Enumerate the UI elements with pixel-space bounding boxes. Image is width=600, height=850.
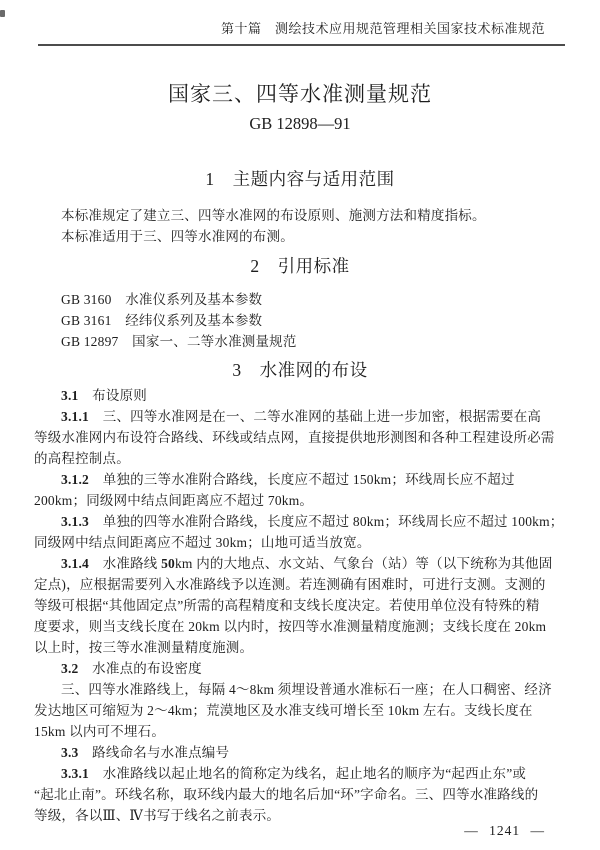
- section-body-3: 3.1 布设原则3.1.1 三、四等水准网是在一、二等水准网的基础上进一步加密，…: [34, 385, 580, 826]
- paragraph: 本标准规定了建立三、四等水准网的布设原则、施测方法和精度指标。: [34, 205, 580, 226]
- paragraph: 3.1.2 单独的三等水准附合路线，长度应不超过 150km；环线周长应不超过 …: [34, 469, 580, 511]
- standard-title: 国家三、四等水准测量规范: [0, 79, 600, 109]
- paragraph: 3.2 水准点的布设密度: [34, 658, 580, 679]
- paragraph: 3.1.4 水准路线 50km 内的大地点、水文站、气象台（站）等（以下统称为其…: [34, 553, 580, 658]
- paragraph: 3.3.1 水准路线以起止地名的简称定为线名，起止地名的顺序为“起西止东”或 “…: [34, 763, 580, 826]
- section-heading-3: 3 水准网的布设: [0, 357, 600, 383]
- section-heading-1: 1 主题内容与适用范围: [0, 166, 600, 192]
- paragraph: GB 3160 水准仪系列及基本参数: [34, 289, 580, 310]
- paragraph: 3.3 路线命名与水准点编号: [34, 742, 580, 763]
- paragraph: 3.1.3 单独的四等水准附合路线，长度应不超过 80km；环线周长应不超过 1…: [34, 511, 580, 553]
- running-header: 第十篇 测绘技术应用规范管理相关国家技术标准规范: [0, 0, 545, 37]
- header-rule: [38, 44, 565, 46]
- scan-artifact: [0, 10, 5, 17]
- paragraph: 本标准适用于三、四等水准网的布测。: [34, 226, 580, 247]
- document-page: 第十篇 测绘技术应用规范管理相关国家技术标准规范 国家三、四等水准测量规范 GB…: [0, 0, 600, 850]
- section-body-1: 本标准规定了建立三、四等水准网的布设原则、施测方法和精度指标。本标准适用于三、四…: [34, 205, 580, 247]
- paragraph: 三、四等水准路线上，每隔 4～8km 须埋设普通水准标石一座；在人口稠密、经济 …: [34, 679, 580, 742]
- paragraph: GB 12897 国家一、二等水准测量规范: [34, 331, 580, 352]
- section-heading-2: 2 引用标准: [0, 253, 600, 279]
- paragraph: 3.1.1 三、四等水准网是在一、二等水准网的基础上进一步加密，根据需要在高 等…: [34, 406, 580, 469]
- page-number: — 1241 —: [464, 822, 545, 839]
- standard-code: GB 12898—91: [0, 112, 600, 136]
- paragraph: 3.1 布设原则: [34, 385, 580, 406]
- section-body-2: GB 3160 水准仪系列及基本参数GB 3161 经纬仪系列及基本参数GB 1…: [34, 289, 580, 352]
- paragraph: GB 3161 经纬仪系列及基本参数: [34, 310, 580, 331]
